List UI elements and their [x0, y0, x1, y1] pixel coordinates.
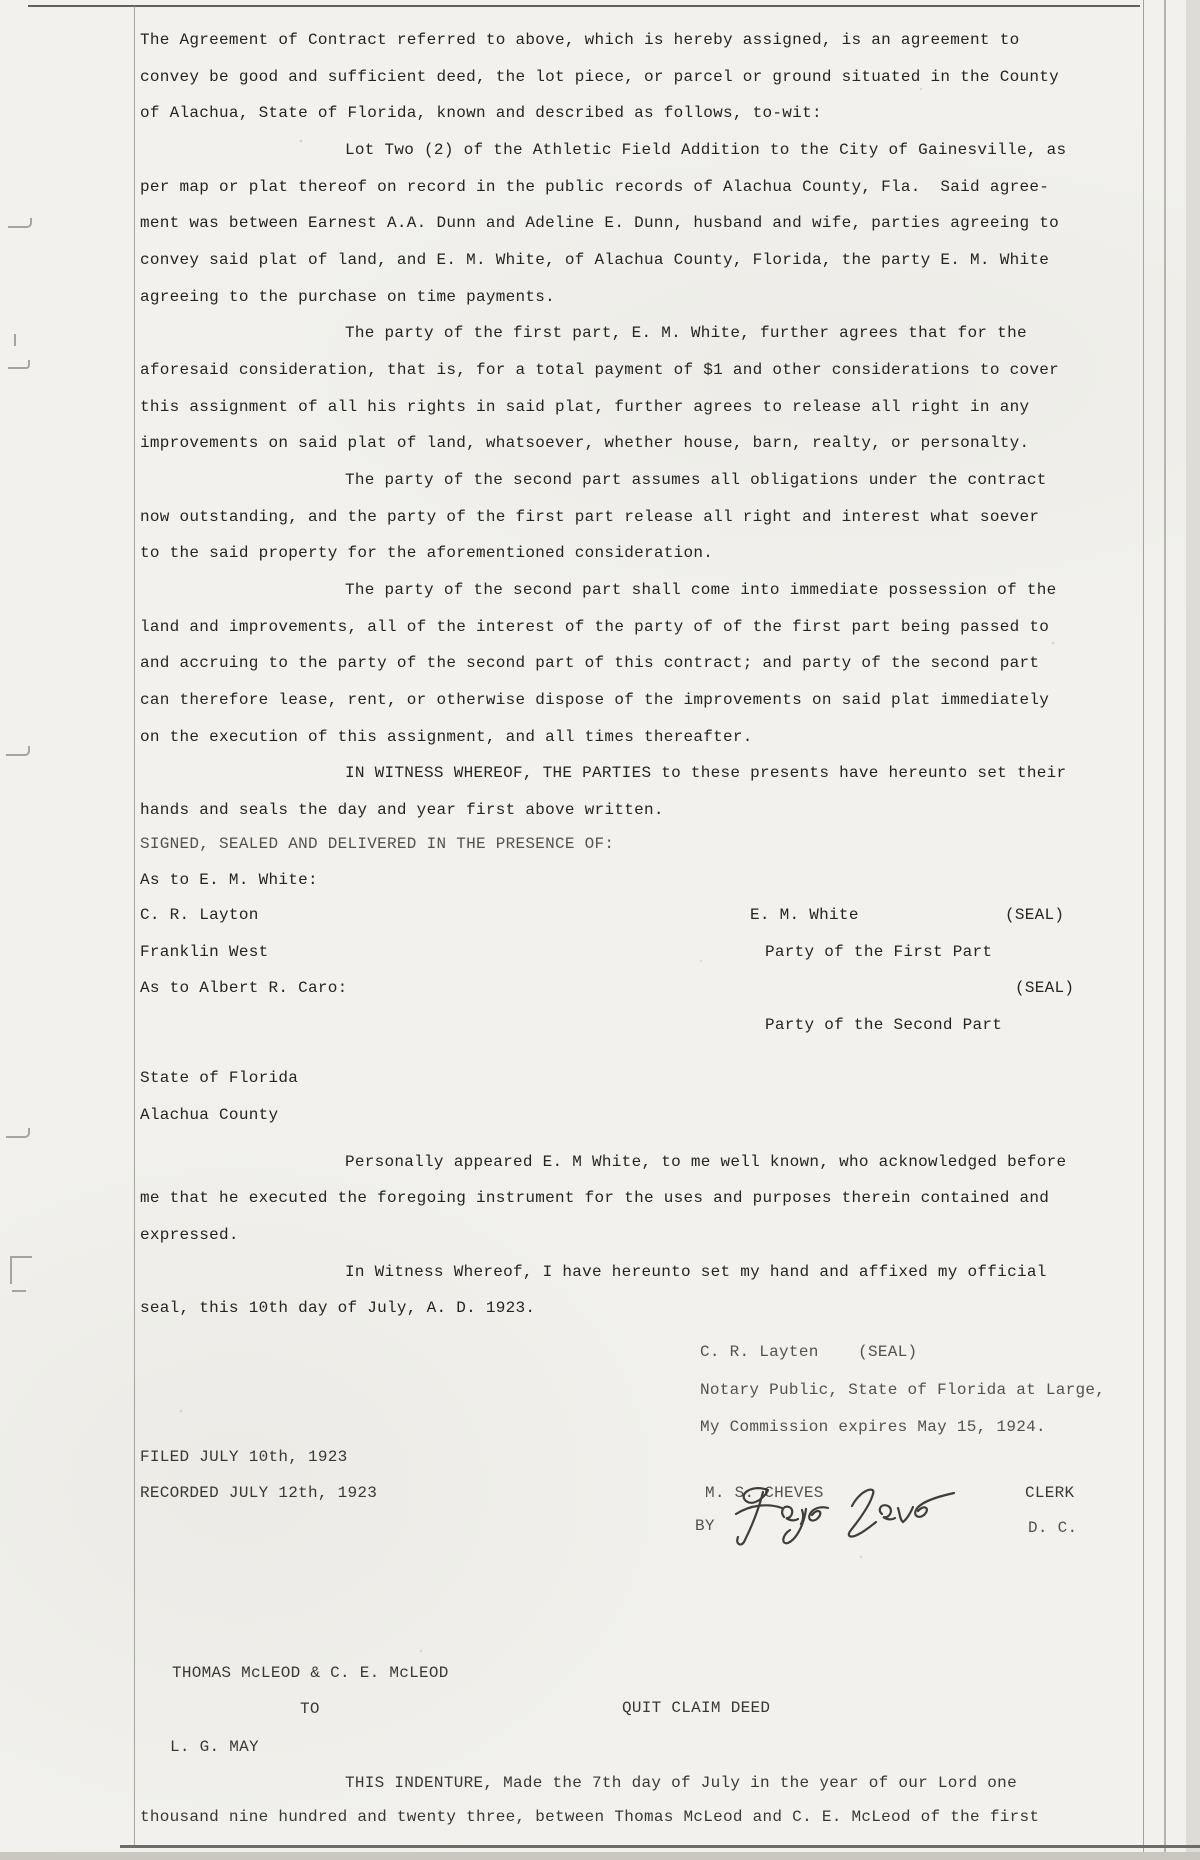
top-rule: [28, 5, 1140, 7]
seal-label: (SEAL): [1005, 905, 1064, 925]
bottom-edge-band: [0, 1852, 1200, 1860]
body-line: thousand nine hundred and twenty three, …: [140, 1807, 1039, 1827]
body-line: The Agreement of Contract referred to ab…: [140, 30, 1019, 50]
ack-line: In Witness Whereof, I have hereunto set …: [345, 1262, 1047, 1282]
clerk-deputy-signature: Foye Love: [722, 1480, 960, 1548]
signer-role: Party of the First Part: [765, 942, 992, 962]
margin-mark: [6, 1128, 30, 1138]
body-line: to the said property for the aforementio…: [140, 543, 713, 563]
body-line: and accruing to the party of the second …: [140, 653, 1039, 673]
grantors-caption: THOMAS McLEOD & C. E. McLEOD: [172, 1663, 449, 1683]
ack-line: expressed.: [140, 1225, 239, 1245]
deed-record-page: The Agreement of Contract referred to ab…: [0, 0, 1200, 1860]
notary-name-seal: C. R. Layten (SEAL): [700, 1342, 917, 1362]
body-line: aforesaid consideration, that is, for a …: [140, 360, 1059, 380]
body-line: of Alachua, State of Florida, known and …: [140, 103, 822, 123]
margin-mark: [6, 746, 30, 756]
venue-state: State of Florida: [140, 1068, 298, 1088]
by-label: BY: [695, 1516, 715, 1536]
margin-mark: [12, 1290, 26, 1292]
body-line: per map or plat thereof on record in the…: [140, 177, 1049, 197]
witness-name: C. R. Layton: [140, 905, 259, 925]
grantee-caption: L. G. MAY: [170, 1737, 259, 1757]
body-line: IN WITNESS WHEREOF, THE PARTIES to these…: [345, 763, 1066, 783]
witness-caption: As to E. M. White:: [140, 870, 318, 890]
signer-role: Party of the Second Part: [765, 1015, 1002, 1035]
clerk-title: CLERK: [1025, 1483, 1074, 1503]
margin-mark: [8, 360, 30, 369]
recorded-stamp: RECORDED JULY 12th, 1923: [140, 1483, 377, 1503]
ack-line: me that he executed the foregoing instru…: [140, 1188, 1049, 1208]
body-line: on the execution of this assignment, and…: [140, 727, 753, 747]
deputy-clerk-title: D. C.: [1028, 1518, 1077, 1538]
notary-commission: My Commission expires May 15, 1924.: [700, 1417, 1046, 1437]
body-line: Lot Two (2) of the Athletic Field Additi…: [345, 140, 1066, 160]
right-margin-rule-inner: [1143, 0, 1144, 1860]
ack-line: seal, this 10th day of July, A. D. 1923.: [140, 1298, 535, 1318]
margin-mark: [8, 218, 32, 228]
notary-title: Notary Public, State of Florida at Large…: [700, 1380, 1105, 1400]
body-line: convey said plat of land, and E. M. Whit…: [140, 250, 1049, 270]
body-line: this assignment of all his rights in sai…: [140, 397, 1029, 417]
body-line: hands and seals the day and year first a…: [140, 800, 664, 820]
ack-line: Personally appeared E. M White, to me we…: [345, 1152, 1066, 1172]
scan-noise: [0, 0, 2, 2]
body-line: improvements on said plat of land, whats…: [140, 433, 1029, 453]
body-line: The party of the first part, E. M. White…: [345, 323, 1027, 343]
body-line: land and improvements, all of the intere…: [140, 617, 1049, 637]
instrument-type-heading: QUIT CLAIM DEED: [622, 1698, 770, 1718]
page-edge: [1186, 0, 1200, 1860]
body-line: THIS INDENTURE, Made the 7th day of July…: [345, 1773, 1017, 1793]
right-margin-rule-outer: [1164, 0, 1166, 1860]
body-line: The party of the second part assumes all…: [345, 470, 1047, 490]
body-line: can therefore lease, rent, or otherwise …: [140, 690, 1049, 710]
body-line: now outstanding, and the party of the fi…: [140, 507, 1039, 527]
bottom-rule: [120, 1845, 1200, 1848]
filed-stamp: FILED JULY 10th, 1923: [140, 1447, 348, 1467]
witness-caption: As to Albert R. Caro:: [140, 978, 348, 998]
signer-name: E. M. White: [750, 905, 859, 925]
venue-county: Alachua County: [140, 1105, 278, 1125]
margin-mark: [14, 334, 16, 346]
body-line: ment was between Earnest A.A. Dunn and A…: [140, 213, 1059, 233]
seal-label: (SEAL): [1015, 978, 1074, 998]
body-line: agreeing to the purchase on time payment…: [140, 287, 555, 307]
body-line: The party of the second part shall come …: [345, 580, 1056, 600]
margin-mark: [10, 1256, 32, 1284]
body-line: convey be good and sufficient deed, the …: [140, 67, 1059, 87]
attestation-heading: SIGNED, SEALED AND DELIVERED IN THE PRES…: [140, 834, 614, 854]
left-margin-rule: [134, 6, 135, 1848]
witness-name: Franklin West: [140, 942, 268, 962]
to-label: TO: [300, 1699, 320, 1719]
